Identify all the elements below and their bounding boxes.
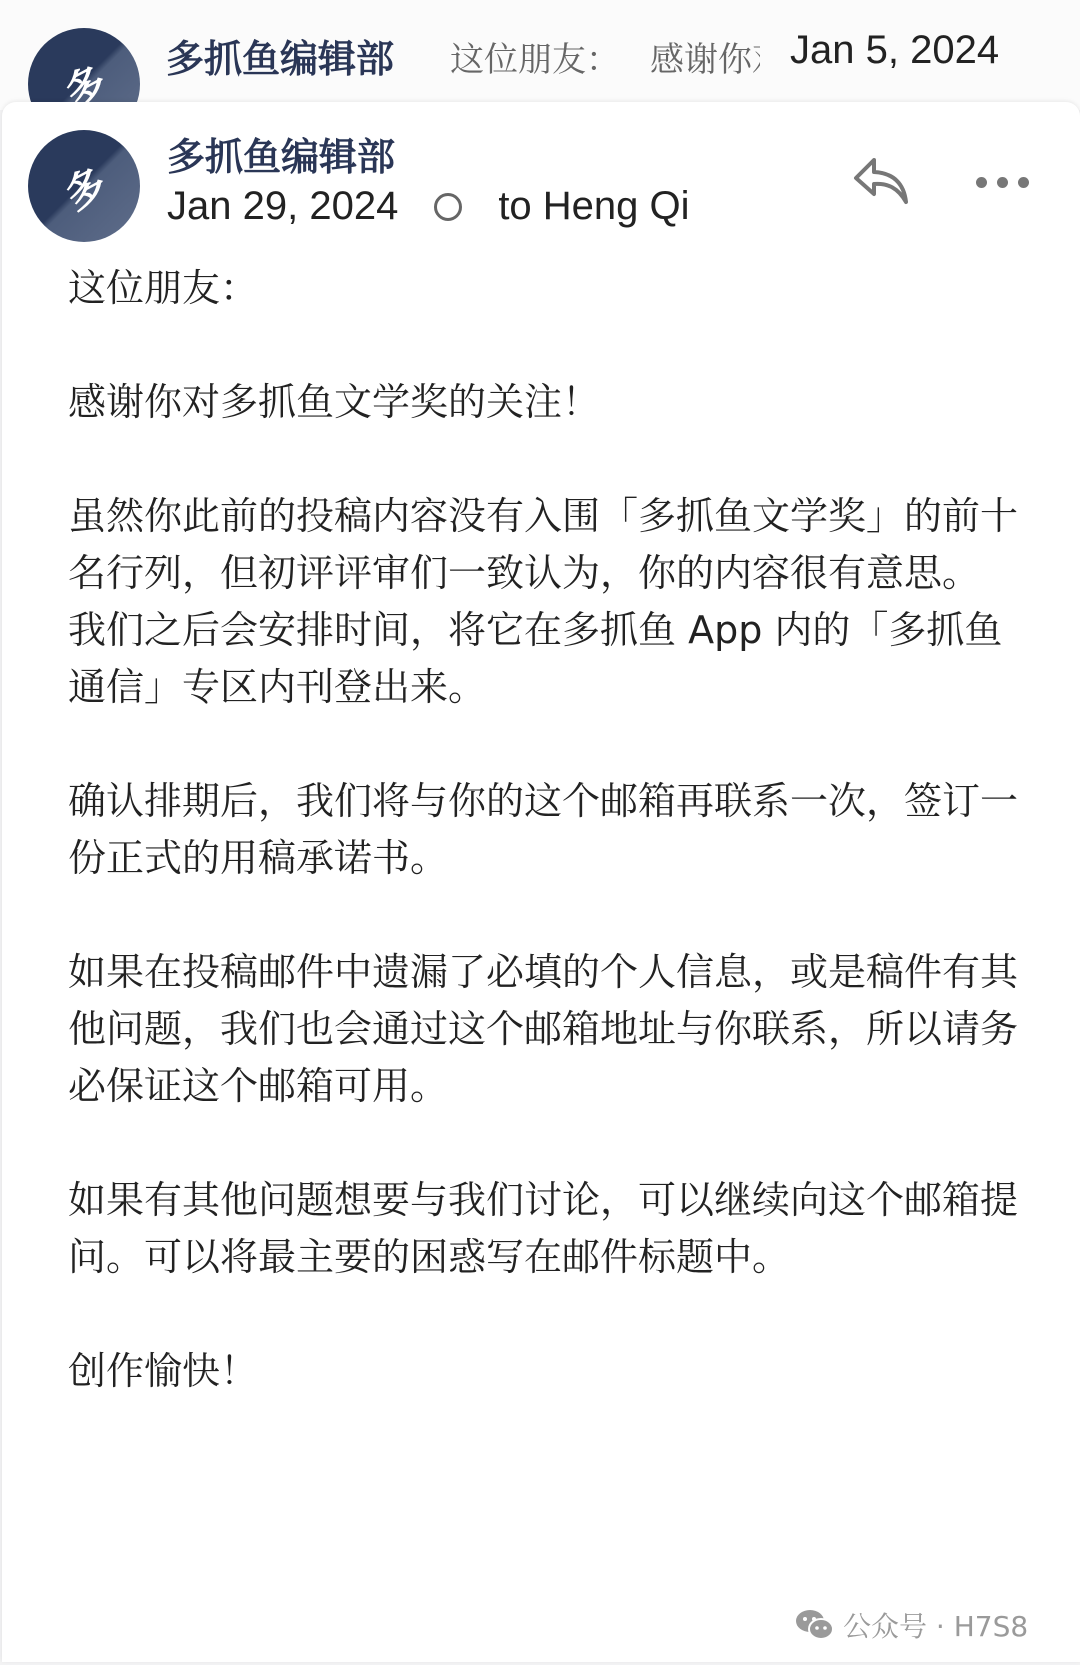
reply-button[interactable] xyxy=(847,152,917,212)
more-options-icon xyxy=(976,177,987,188)
previous-message-row[interactable]: 多 多抓鱼编辑部 这位朋友：感谢你对 Jan 5, 2024 xyxy=(0,0,1080,110)
previous-sender-name: 多抓鱼编辑部 xyxy=(166,28,394,83)
message-card: 多 多抓鱼编辑部 Jan 29, 2024 to Heng Qi 这位朋友： 感… xyxy=(2,102,1080,1662)
watermark: 公众号 · H7S8 xyxy=(795,1605,1028,1645)
previous-snippet: 这位朋友：感谢你对 xyxy=(450,32,760,81)
wechat-icon xyxy=(795,1608,835,1642)
sender-name: 多抓鱼编辑部 xyxy=(167,126,395,181)
paragraph: 如果有其他问题想要与我们讨论，可以继续向这个邮箱提问。可以将最主要的困惑写在邮件… xyxy=(68,1172,1028,1286)
paragraph: 虽然你此前的投稿内容没有入围「多抓鱼文学奖」的前十名行列，但初评评审们一致认为，… xyxy=(68,488,1028,716)
message-date: Jan 29, 2024 xyxy=(167,184,398,229)
paragraph: 确认排期后，我们将与你的这个邮箱再联系一次，签订一份正式的用稿承诺书。 xyxy=(68,773,1028,887)
message-body: 这位朋友： 感谢你对多抓鱼文学奖的关注！ 虽然你此前的投稿内容没有入围「多抓鱼文… xyxy=(68,260,1028,1457)
message-meta: Jan 29, 2024 to Heng Qi xyxy=(167,184,690,229)
status-circle-icon xyxy=(434,193,462,221)
previous-date: Jan 5, 2024 xyxy=(790,28,999,73)
paragraph: 如果在投稿邮件中遗漏了必填的个人信息，或是稿件有其他问题，我们也会通过这个邮箱地… xyxy=(68,944,1028,1115)
sender-avatar: 多 xyxy=(28,130,140,242)
paragraph: 这位朋友： xyxy=(68,260,1028,317)
more-options-button[interactable] xyxy=(967,157,1037,207)
recipient[interactable]: to Heng Qi xyxy=(498,184,689,229)
reply-icon xyxy=(852,156,912,208)
paragraph: 创作愉快！ xyxy=(68,1343,1028,1400)
paragraph: 感谢你对多抓鱼文学奖的关注！ xyxy=(68,374,1028,431)
